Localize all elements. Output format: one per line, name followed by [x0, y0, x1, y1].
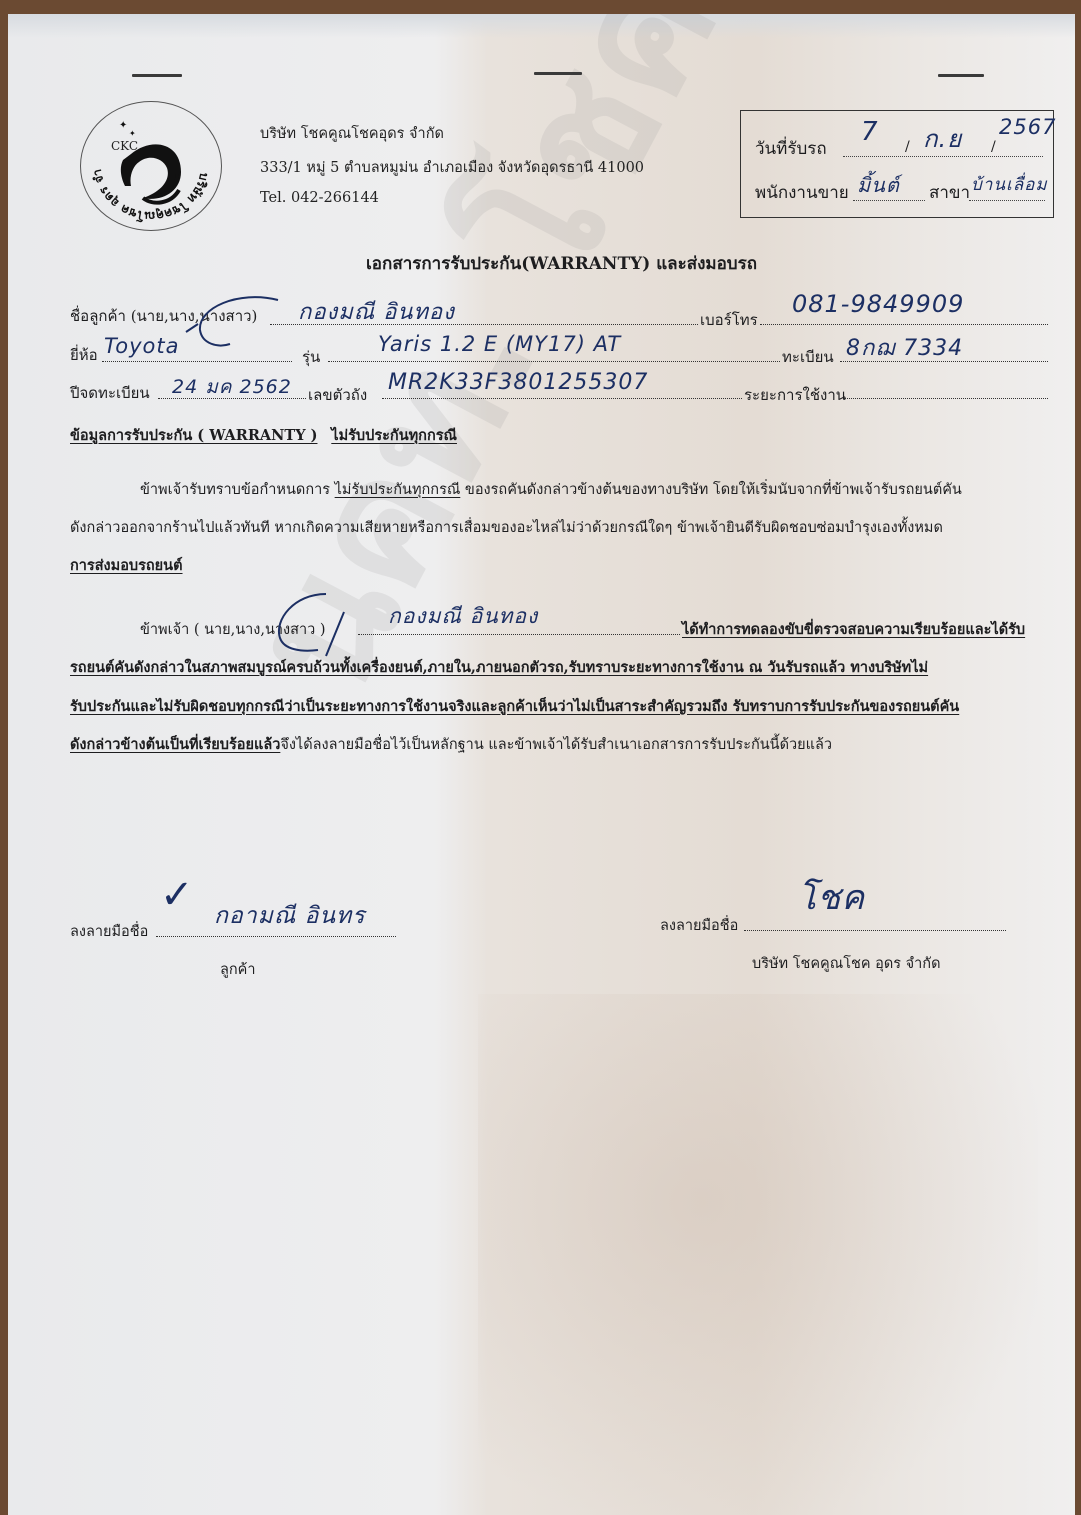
warranty-paragraph-line2: ดังกล่าวออกจากร้านไปแล้วทันที หากเกิดควา…: [70, 516, 943, 539]
customer-name-value[interactable]: กองมณี อินทอง: [298, 294, 455, 329]
company-phone: Tel. 042-266144: [260, 190, 379, 206]
branch-dotted-line: [969, 199, 1045, 201]
phone-value[interactable]: 081-9849909: [792, 290, 964, 318]
delivery-line1: ได้ทำการทดลองขับขี่ตรวจสอบความเรียบร้อยแ…: [682, 618, 1025, 641]
mileage-line: [844, 398, 1048, 399]
svg-text:CKC: CKC: [111, 139, 138, 153]
chassis-value[interactable]: MR2K33F3801255307: [388, 370, 648, 395]
company-signature-role: บริษัท โชคคูณโชค อุดร จำกัด: [752, 952, 941, 975]
svg-text:✦: ✦: [119, 120, 127, 131]
delivery-name-line: [358, 634, 680, 635]
receipt-month[interactable]: ก.ย: [923, 119, 962, 158]
delivery-line2: รถยนต์คันดังกล่าวในสภาพสมบูรณ์ครบถ้วนทั้…: [70, 656, 928, 679]
delivery-line4-underlined: ดังกล่าวข้างต้นเป็นที่เรียบร้อยแล้ว: [70, 736, 280, 753]
phone-line: [760, 324, 1048, 325]
warranty-heading: ข้อมูลการรับประกัน ( WARRANTY ): [70, 427, 317, 444]
document-title: เอกสารการรับประกัน(WARRANTY) และส่งมอบรถ: [366, 250, 757, 277]
salesperson-label: พนักงานขาย: [755, 179, 849, 206]
date-separator: /: [991, 139, 996, 155]
chassis-line: [382, 398, 742, 399]
branch-value[interactable]: บ้านเลื่อม: [971, 171, 1048, 198]
customer-signature[interactable]: กอามณี อินทร: [214, 898, 366, 934]
company-address: 333/1 หมู่ 5 ตำบลหมูม่น อำเภอเมือง จังหว…: [260, 156, 644, 179]
alignment-mark: [132, 74, 182, 77]
customer-role: ลูกค้า: [220, 958, 256, 981]
date-separator: /: [905, 139, 910, 155]
registration-year-value[interactable]: 24 มค 2562: [172, 372, 292, 402]
company-signature[interactable]: โชค: [798, 870, 865, 924]
svg-text:บริษัท โชคคูณโชค อุดร จำกัด: บริษัท โชคคูณโชค อุดร จำกัด: [81, 102, 211, 224]
registration-year-label: ปีจดทะเบียน: [70, 381, 150, 405]
chassis-label: เลขตัวถัง: [308, 383, 367, 407]
warranty-text: ข้าพเจ้ารับทราบข้อกำหนดการ: [140, 482, 330, 498]
warranty-heading-note: ไม่รับประกันทุกกรณี: [331, 427, 457, 444]
company-name: บริษัท โชคคูณโชคอุดร จำกัด: [260, 122, 444, 145]
delivery-line4-rest: จึงได้ลงลายมือชื่อไว้เป็นหลักฐาน และข้าพ…: [280, 737, 832, 753]
title-circle-mark: [178, 294, 288, 354]
brand-label: ยี่ห้อ: [70, 343, 98, 367]
document-page: นคท. โชคคูณโชค บริษัท โชคคูณโชค อุดร จำก…: [8, 14, 1075, 1515]
customer-signature-line: [156, 936, 396, 937]
delivery-name-value[interactable]: กองมณี อินทอง: [388, 600, 538, 633]
plate-value[interactable]: 8กฌ 7334: [846, 330, 963, 365]
customer-signature-label: ลงลายมือชื่อ: [70, 920, 148, 943]
alignment-mark: [534, 72, 582, 75]
alignment-mark: [938, 74, 984, 77]
receipt-info-box: วันที่รับรถ 7 / ก.ย / 2567 พนักงานขาย มิ…: [740, 110, 1054, 218]
receipt-date-label: วันที่รับรถ: [755, 135, 827, 162]
model-line: [328, 361, 780, 362]
salesperson-value[interactable]: มิ้นต์: [857, 169, 900, 201]
plate-label: ทะเบียน: [782, 345, 834, 369]
shadow-overlay: [478, 994, 1038, 1515]
warranty-text: ของรถคันดังกล่าวข้างต้นของทางบริษัท โดยใ…: [465, 482, 962, 498]
model-label: รุ่น: [302, 345, 320, 369]
delivery-line3: รับประกันและไม่รับผิดชอบทุกกรณีว่าเป็นระ…: [70, 695, 959, 718]
receipt-day[interactable]: 7: [861, 117, 879, 147]
svg-text:✦: ✦: [129, 129, 136, 138]
check-mark-icon: ✓: [160, 872, 195, 918]
brand-value[interactable]: Toyota: [104, 334, 179, 358]
warranty-heading-row: ข้อมูลการรับประกัน ( WARRANTY ) ไม่รับปร…: [70, 424, 457, 447]
phone-label: เบอร์โทร: [700, 308, 758, 332]
branch-label: สาขา: [929, 179, 970, 206]
delivery-line4: ดังกล่าวข้างต้นเป็นที่เรียบร้อยแล้วจึงได…: [70, 733, 832, 756]
model-value[interactable]: Yaris 1.2 E (MY17) AT: [378, 332, 621, 356]
delivery-heading: การส่งมอบรถยนต์: [70, 554, 183, 577]
company-logo: บริษัท โชคคูณโชค อุดร จำกัด CKC ✦ ✦: [80, 101, 222, 231]
pegasus-logo-icon: บริษัท โชคคูณโชค อุดร จำกัด CKC ✦ ✦: [81, 102, 221, 230]
company-signature-label: ลงลายมือชื่อ: [660, 914, 738, 937]
receipt-year[interactable]: 2567: [999, 115, 1056, 139]
brand-line: [102, 361, 292, 362]
warranty-no-guarantee: ไม่รับประกันทุกกรณี: [335, 482, 461, 498]
mileage-label: ระยะการใช้งาน: [744, 383, 846, 407]
company-signature-line: [744, 930, 1006, 931]
warranty-paragraph-line1: ข้าพเจ้ารับทราบข้อกำหนดการ ไม่รับประกันท…: [140, 478, 962, 501]
delivery-circle-mark: [266, 590, 366, 660]
